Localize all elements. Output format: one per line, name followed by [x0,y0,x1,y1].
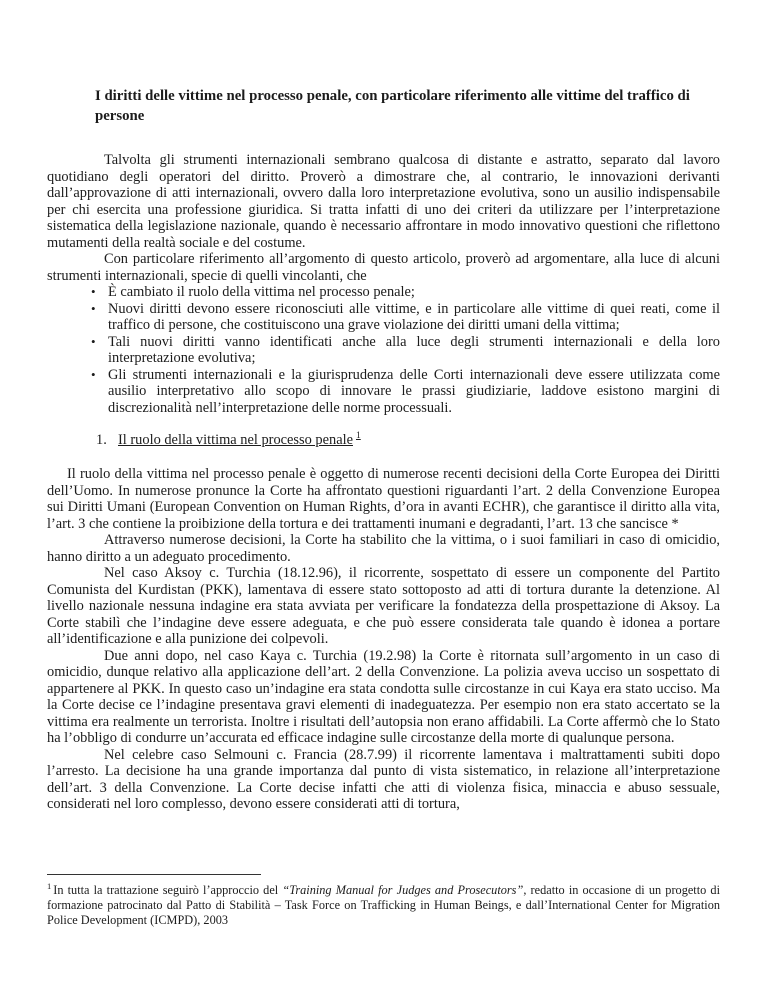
bullet-item: • È cambiato il ruolo della vittima nel … [47,284,720,301]
bullet-icon: • [91,367,96,384]
bullet-text: È cambiato il ruolo della vittima nel pr… [108,284,415,300]
bullet-item: • Gli strumenti internazionali e la giur… [47,367,720,417]
bullet-text: Tali nuovi diritti vanno identificati an… [108,334,720,367]
bullet-item: • Nuovi diritti devono essere riconosciu… [47,301,720,334]
footnote-marker: 1 [47,881,51,891]
section-paragraph: Attraverso numerose decisioni, la Corte … [47,532,720,565]
section-paragraph: Il ruolo della vittima nel processo pena… [47,466,720,532]
section-number: 1. [96,432,118,449]
document-page: { "document": { "title": "I diritti dell… [0,0,768,994]
footnote-italic-title: “Training Manual for Judges and Prosecut… [282,883,523,897]
bullet-list: • È cambiato il ruolo della vittima nel … [47,284,720,416]
footnote-area: 1In tutta la trattazione seguirò l’appro… [47,874,720,927]
bullet-icon: • [91,334,96,351]
bullet-text: Nuovi diritti devono essere riconosciuti… [108,301,720,334]
section-1-heading: 1.Il ruolo della vittima nel processo pe… [96,432,720,449]
bullet-icon: • [91,301,96,318]
section-paragraph: Nel celebre caso Selmouni c. Francia (28… [47,747,720,813]
section-paragraph: Due anni dopo, nel caso Kaya c. Turchia … [47,648,720,747]
intro-paragraph-2: Con particolare riferimento all’argoment… [47,251,720,284]
bullet-item: • Tali nuovi diritti vanno identificati … [47,334,720,367]
document-title: I diritti delle vittime nel processo pen… [95,86,720,126]
footnote-separator [47,874,261,875]
bullet-text: Gli strumenti internazionali e la giuris… [108,367,720,416]
bullet-icon: • [91,284,96,301]
section-heading-text: Il ruolo della vittima nel processo pena… [118,432,353,448]
footnote-reference: 1 [356,431,361,441]
page-content: I diritti delle vittime nel processo pen… [47,86,720,813]
footnote-text-before: In tutta la trattazione seguirò l’approc… [53,883,282,897]
footnote: 1In tutta la trattazione seguirò l’appro… [47,883,720,927]
intro-paragraph-1: Talvolta gli strumenti internazionali se… [47,152,720,251]
section-paragraph: Nel caso Aksoy c. Turchia (18.12.96), il… [47,565,720,648]
